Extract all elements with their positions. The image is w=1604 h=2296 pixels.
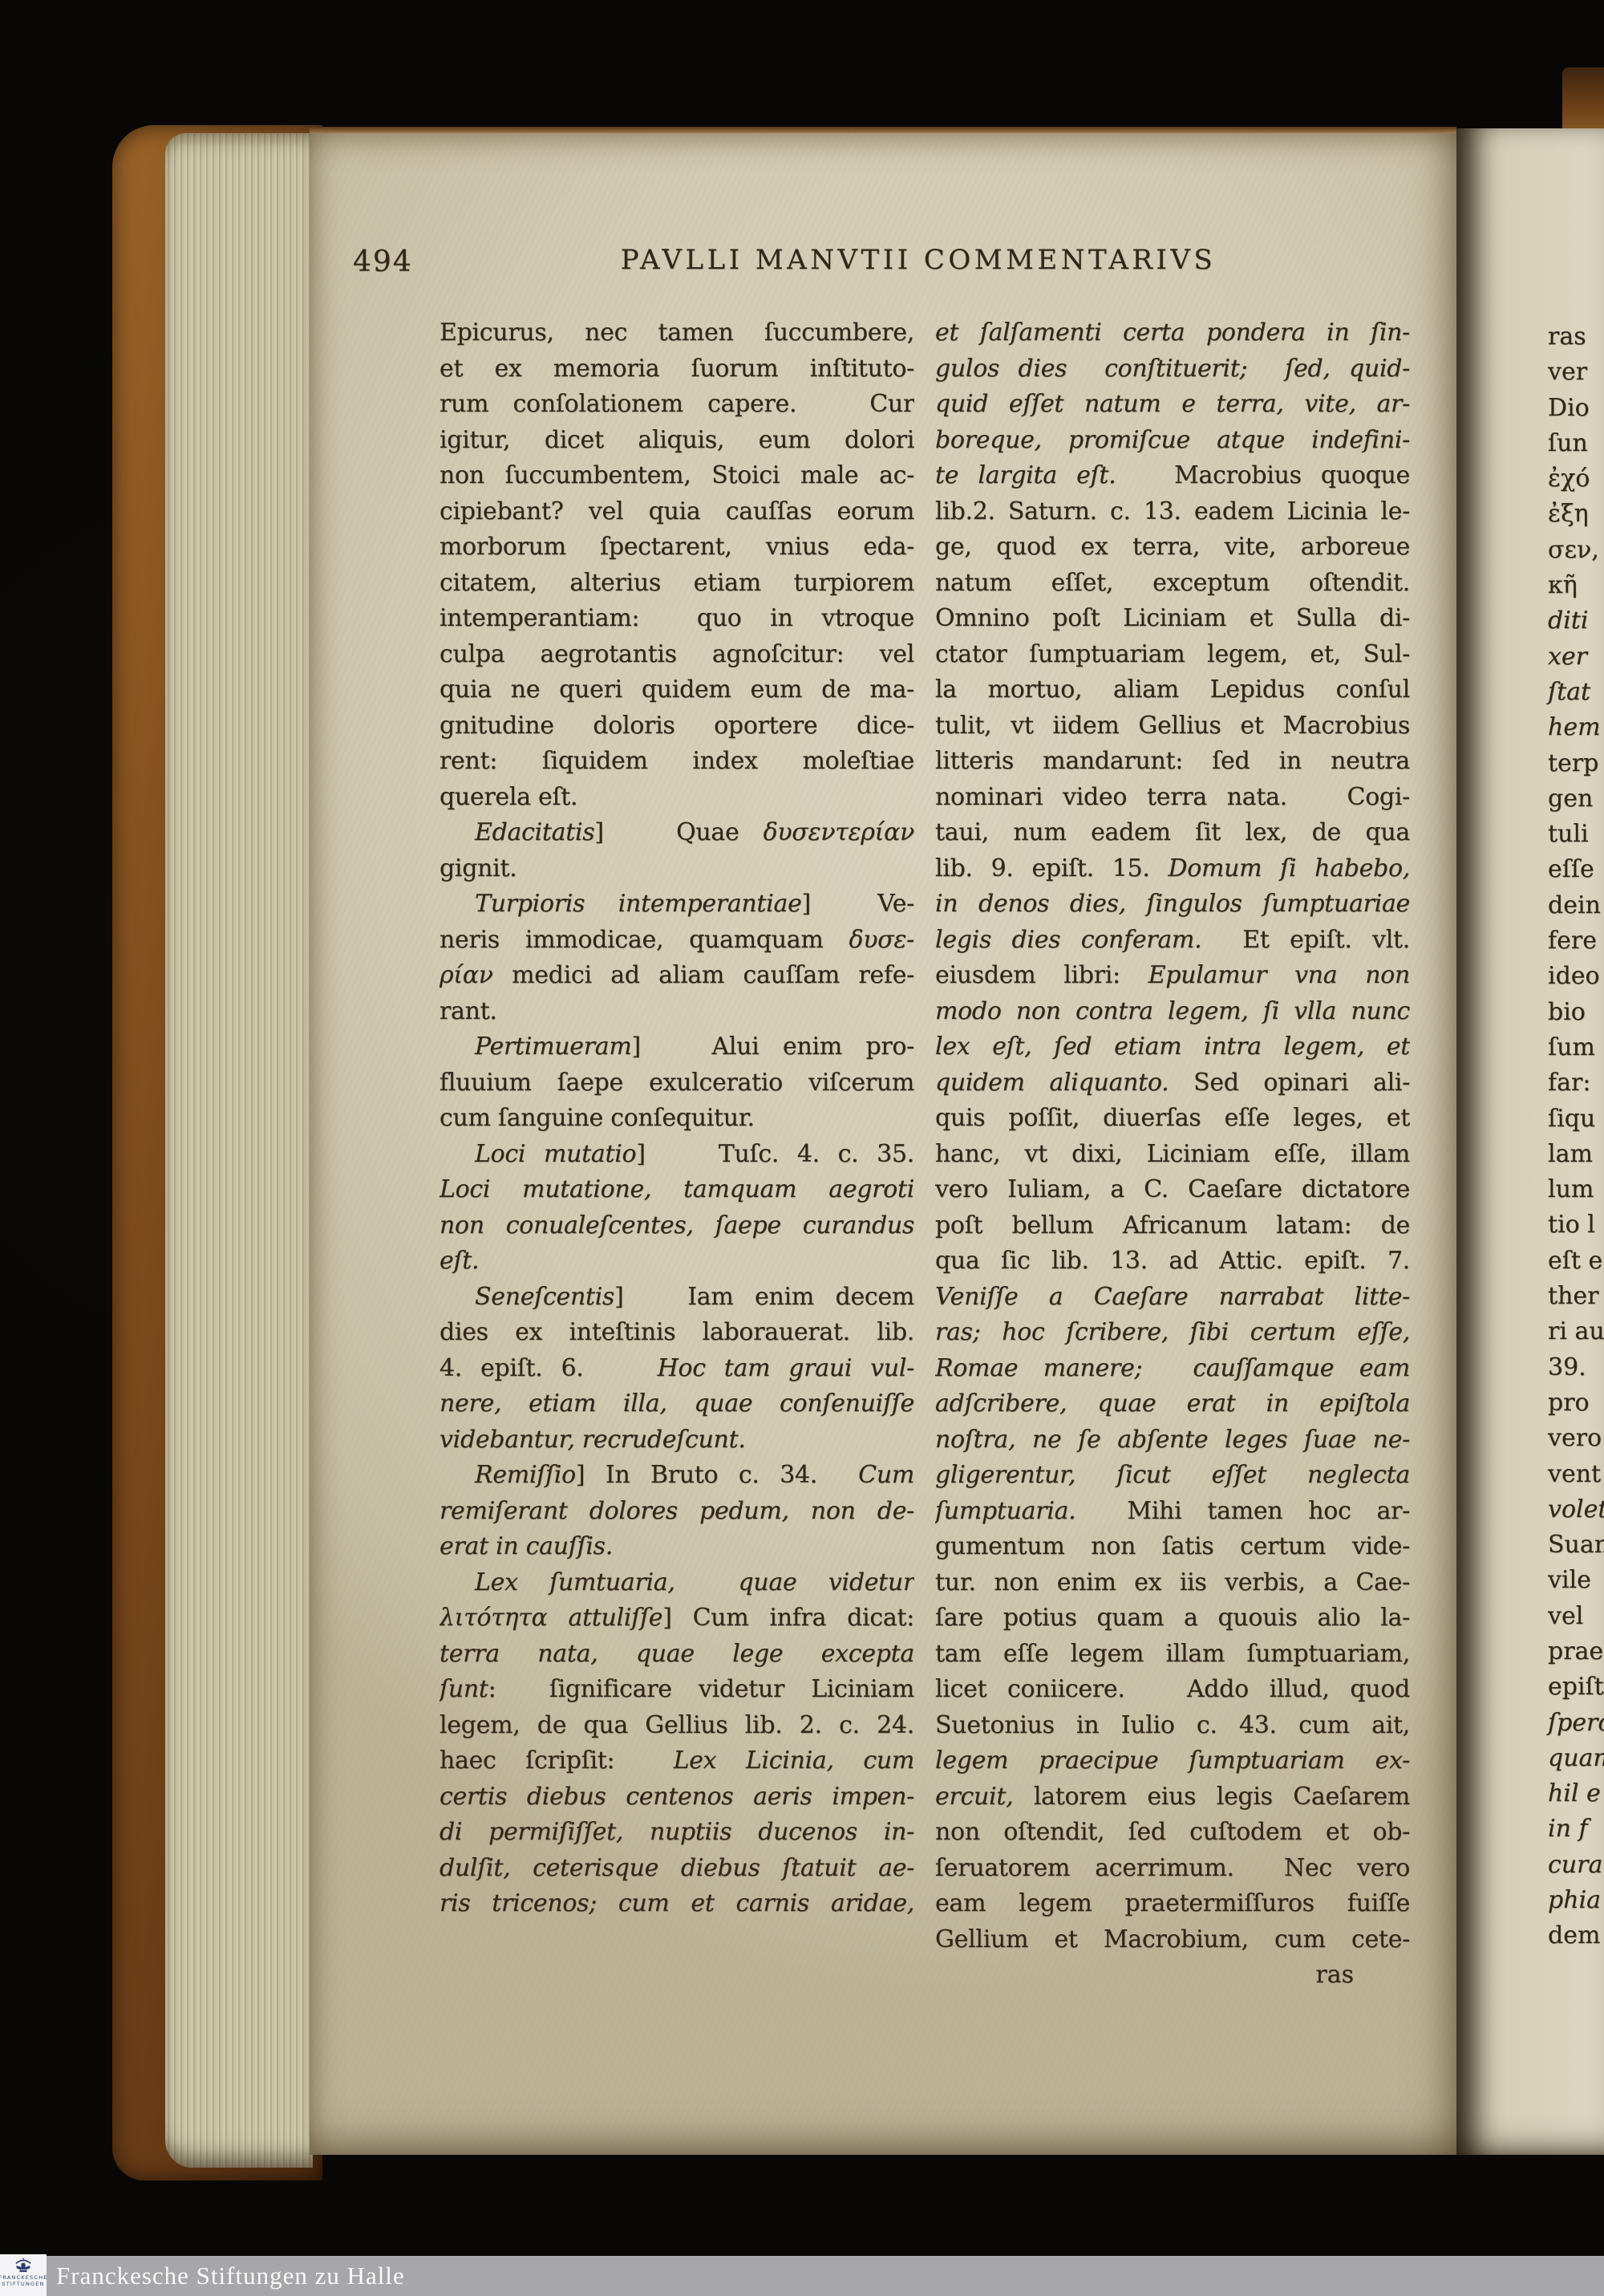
text-segment: morborum ſpectarent, vnius eda- (439, 533, 914, 561)
text-segment: cum ſanguine conſequitur. (439, 1104, 755, 1132)
text-line: culpa aegrotantis agnoſcitur: vel (439, 637, 914, 673)
text-segment: ] Ve- (802, 890, 914, 918)
text-segment: di permiſiſſet, nuptiis ducenos in- (439, 1818, 914, 1846)
text-segment: Cum (858, 1461, 914, 1489)
text-segment: igitur, dicet aliquis, eum dolori (439, 426, 914, 454)
text-line: non oſtendit, ſed cuſtodem et ob- (935, 1815, 1410, 1851)
text-line: nominari video terra nata. Cogi- (935, 780, 1410, 816)
text-line: rant. (439, 994, 914, 1030)
text-segment: tulit, vt iidem Gellius et Macrobius (935, 712, 1410, 740)
viewer-footer-bar: Franckesche Stiftungen zu Halle FRANCKES… (0, 2256, 1604, 2296)
facing-page-line-fragment: ſun (1548, 426, 1604, 461)
text-segment: quid eſſet natum e terra, vite, ar- (935, 390, 1410, 418)
text-segment: ris tricenos; cum et carnis aridae, (439, 1889, 914, 1917)
facing-page-line-fragment: vent (1548, 1457, 1604, 1492)
text-segment: gligerentur, ſicut eſſet neglecta (935, 1461, 1410, 1489)
facing-page-line-fragment: ri au (1548, 1314, 1604, 1349)
text-line: gnitudine doloris oportere dice- (439, 708, 914, 744)
facing-page-line-fragment: hil e (1548, 1776, 1604, 1811)
text-line: boreque, promiſcue atque indefini- (935, 423, 1410, 459)
logo-text-line2: STIFTUNGEN (2, 2281, 44, 2287)
text-segment: lib.2. Saturn. c. 13. eadem Licinia le- (935, 497, 1410, 525)
text-segment: non conualeſcentes, ſaepe curandus (439, 1211, 914, 1239)
text-line: Seneſcentis] Iam enim decem (439, 1280, 914, 1316)
text-segment: ras; hoc ſcribere, ſibi certum eſſe, (935, 1318, 1410, 1346)
text-line: ρίαν medici ad aliam cauſſam refe- (439, 958, 914, 994)
text-line: Loci mutatio] Tuſc. 4. c. 35. (439, 1137, 914, 1173)
text-line: hanc, vt dixi, Liciniam eſſe, illam (935, 1137, 1410, 1173)
text-line: poſt bellum Africanum latam: de (935, 1208, 1410, 1244)
text-segment: Lex Licinia, cum (674, 1746, 914, 1775)
text-segment: ſunt (439, 1675, 488, 1703)
facing-page-line-fragment: Dio (1548, 391, 1604, 426)
text-segment: Remiſſio (475, 1461, 576, 1489)
text-segment: Lex ſumtuaria, quae videtur (475, 1568, 914, 1596)
institution-name: Franckesche Stiftungen zu Halle (56, 2256, 405, 2296)
text-column-right: et ſalſamenti certa pondera in ſin-gulos… (935, 315, 1410, 1957)
text-segment: δυσε- (849, 926, 914, 954)
text-line: te largita eſt. Macrobius quoque (935, 458, 1410, 494)
text-line: adſcribere, quae erat in epiſtola (935, 1386, 1410, 1422)
text-line: λιτότητα attuliſſe] Cum infra dicat: (439, 1600, 914, 1637)
text-line: haec ſcripſit: Lex Licinia, cum (439, 1743, 914, 1779)
text-line: Suetonius in Iulio c. 43. cum ait, (935, 1708, 1410, 1744)
text-segment: videbantur, recrudeſcunt. (439, 1426, 746, 1454)
text-line: ctator ſumptuariam legem, et, Sul- (935, 637, 1410, 673)
text-line: tur. non enim ex iis verbis, a Cae- (935, 1565, 1410, 1601)
text-line: intemperantiam: quo in vtroque (439, 601, 914, 637)
facing-page-line-fragment: ἐξη (1548, 497, 1604, 532)
text-line: tam eſſe legem illam ſumptuariam, (935, 1637, 1410, 1673)
facing-page-line-fragment: tio l (1548, 1207, 1604, 1243)
franckesche-emblem-icon (13, 2257, 34, 2274)
text-segment: Et epiſt. vlt. (1201, 926, 1410, 954)
facing-page-line-fragment: κῆ (1548, 568, 1604, 603)
text-segment: haec ſcripſit: (439, 1746, 674, 1775)
text-segment: Edacitatis (475, 818, 594, 846)
text-segment: ſare potius quam a quouis alio la- (935, 1604, 1410, 1632)
text-segment: qua ſic lib. 13. ad Attic. epiſt. 7. (935, 1247, 1410, 1275)
facing-page-line-fragment: bio (1548, 995, 1604, 1030)
facing-page-line-fragment: 39. (1548, 1350, 1604, 1385)
text-line: ris tricenos; cum et carnis aridae, (439, 1886, 914, 1922)
text-segment: dulſit, ceterisque diebus ſtatuit ae- (439, 1854, 914, 1882)
text-segment: Epicurus, nec tamen ſuccumbere, (439, 318, 914, 347)
text-line: di permiſiſſet, nuptiis ducenos in- (439, 1815, 914, 1851)
text-line: litteris mandarunt: ſed in neutra (935, 744, 1410, 780)
text-segment: ctator ſumptuariam legem, et, Sul- (935, 640, 1410, 668)
text-segment: Domum ſi habebo, (1168, 854, 1410, 882)
text-segment: Macrobius quoque (1116, 461, 1410, 489)
logo-text-line1: FRANCKESCHE (0, 2274, 48, 2281)
text-segment: dies ex inteſtinis laborauerat. lib. (439, 1318, 914, 1346)
text-segment: eſt. (439, 1247, 479, 1275)
text-segment: adſcribere, quae erat in epiſtola (935, 1389, 1410, 1418)
text-segment: remiſerant dolores pedum, non de- (439, 1497, 914, 1525)
text-segment: la mortuo, aliam Lepidus conſul (935, 675, 1410, 704)
text-line: licet coniicere. Addo illud, quod (935, 1672, 1410, 1708)
text-line: et ex memoria ſuorum inſtituto- (439, 351, 914, 387)
text-column-left: Epicurus, nec tamen ſuccumbere,et ex mem… (439, 315, 914, 1922)
text-segment: ] Cum infra dicat: (662, 1604, 914, 1632)
text-segment: ] Iam enim decem (614, 1283, 914, 1311)
text-segment: gumentum non ſatis certum vide- (935, 1532, 1410, 1560)
facing-page-line-fragment: pro (1548, 1385, 1604, 1421)
text-line: fluuium ſaepe exulceratio viſcerum (439, 1065, 914, 1101)
text-segment: non ſuccumbentem, Stoici male ac- (439, 461, 914, 489)
facing-page-line-fragment: volet (1548, 1492, 1604, 1527)
text-line: gumentum non ſatis certum vide- (935, 1529, 1410, 1565)
text-segment: δυσεντερίαν (764, 818, 914, 846)
facing-page-line-fragment: tuli (1548, 817, 1604, 852)
text-segment: rum conſolationem capere. Cur (439, 390, 914, 418)
text-segment: Veniſſe a Caeſare narrabat litte- (935, 1283, 1410, 1311)
text-segment: latorem eius legis Caeſarem (1013, 1783, 1410, 1811)
text-segment: ge, quod ex terra, vite, arboreue (935, 533, 1410, 561)
text-line: modo non contra legem, ſi vlla nunc (935, 994, 1410, 1030)
facing-page-line-fragment: vel (1548, 1599, 1604, 1634)
text-segment: quidem aliquanto. (935, 1069, 1169, 1097)
text-segment: erat in cauſſis. (439, 1532, 613, 1560)
text-line: gligerentur, ſicut eſſet neglecta (935, 1458, 1410, 1494)
facing-page-line-fragment: Suan (1548, 1527, 1604, 1563)
text-segment: legem praecipue ſumptuariam ex- (935, 1746, 1410, 1775)
text-segment: eiusdem libri: (935, 961, 1148, 989)
text-line: 4. epiſt. 6. Hoc tam graui vul- (439, 1351, 914, 1387)
text-line: ſeruatorem acerrimum. Nec vero (935, 1851, 1410, 1887)
text-segment: Loci mutatio (475, 1140, 636, 1168)
text-line: non conualeſcentes, ſaepe curandus (439, 1208, 914, 1244)
facing-page-line-fragment: lum (1548, 1172, 1604, 1207)
facing-page-line-fragment: vile (1548, 1563, 1604, 1598)
institution-logo: FRANCKESCHE STIFTUNGEN (0, 2254, 47, 2296)
text-line: lib.2. Saturn. c. 13. eadem Licinia le- (935, 494, 1410, 530)
facing-page-line-fragment: terp (1548, 746, 1604, 781)
facing-page-line-fragment: in f (1548, 1811, 1604, 1847)
text-segment: taui, num eadem ſit lex, de qua (935, 818, 1410, 846)
text-line: igitur, dicet aliquis, eum dolori (439, 423, 914, 459)
text-line: Lex ſumtuaria, quae videtur (439, 1565, 914, 1601)
text-segment: terra nata, quae lege excepta (439, 1640, 914, 1668)
text-line: Omnino poſt Liciniam et Sulla di- (935, 601, 1410, 637)
facing-page-line-fragment: far: (1548, 1065, 1604, 1101)
facing-page-line-fragment: ſtat (1548, 675, 1604, 710)
text-segment: litteris mandarunt: ſed in neutra (935, 747, 1410, 775)
page-number: 494 (353, 245, 413, 278)
facing-page-line-fragment: ἐχό (1548, 461, 1604, 497)
text-segment: nere, etiam illa, quae conſenuiſſe (439, 1389, 914, 1418)
text-line: non ſuccumbentem, Stoici male ac- (439, 458, 914, 494)
text-segment: gignit. (439, 854, 516, 882)
text-segment: Hoc tam graui vul- (658, 1354, 914, 1382)
text-segment: ] Alui enim pro- (631, 1032, 914, 1061)
text-segment: boreque, promiſcue atque indefini- (935, 426, 1410, 454)
text-segment: eam legem praetermiſſuros fuiſſe (935, 1889, 1410, 1917)
text-segment: hanc, vt dixi, Liciniam eſſe, illam (935, 1140, 1410, 1168)
text-line: ercuit, latorem eius legis Caeſarem (935, 1779, 1410, 1815)
text-segment: nominari video terra nata. Cogi- (935, 783, 1410, 811)
text-line: cipiebant? vel quia cauſſas eorum (439, 494, 914, 530)
facing-page-line-fragment: ſum (1548, 1030, 1604, 1065)
text-segment: Mihi tamen hoc ar- (1075, 1497, 1410, 1525)
text-segment: querela eſt. (439, 783, 577, 811)
text-segment: : ſignificare videtur Liciniam (488, 1675, 914, 1703)
text-line: rum conſolationem capere. Cur (439, 387, 914, 423)
text-line: quidem aliquanto. Sed opinari ali- (935, 1065, 1410, 1101)
text-line: videbantur, recrudeſcunt. (439, 1422, 914, 1458)
text-segment: ] In Bruto c. 34. (576, 1461, 858, 1489)
text-line: Pertimueram] Alui enim pro- (439, 1029, 914, 1065)
text-segment: Omnino poſt Liciniam et Sulla di- (935, 604, 1410, 632)
facing-page-line-fragment: quam (1548, 1741, 1604, 1776)
text-line: eiusdem libri: Epulamur vna non (935, 958, 1410, 994)
text-line: legem, de qua Gellius lib. 2. c. 24. (439, 1708, 914, 1744)
text-line: natum eſſet, exceptum oſtendit. (935, 566, 1410, 602)
text-line: rent: ſiquidem index moleſtiae (439, 744, 914, 780)
text-segment: quia ne queri quidem eum de ma- (439, 675, 914, 704)
facing-page-line-fragment: gen (1548, 781, 1604, 817)
text-line: quia ne queri quidem eum de ma- (439, 672, 914, 708)
text-line: dulſit, ceterisque diebus ſtatuit ae- (439, 1851, 914, 1887)
text-segment: λιτότητα attuliſſe (439, 1604, 662, 1632)
facing-page-line-fragment: lam (1548, 1137, 1604, 1172)
text-segment: Turpioris intemperantiae (475, 890, 802, 918)
text-segment: ercuit, (935, 1783, 1013, 1811)
text-segment: Pertimueram (475, 1032, 631, 1061)
text-segment: ] Quae (594, 818, 763, 846)
facing-page-line-fragment: cura (1548, 1848, 1604, 1883)
text-line: Epicurus, nec tamen ſuccumbere, (439, 315, 914, 351)
text-line: legis dies conferam. Et epiſt. vlt. (935, 923, 1410, 959)
text-segment: gnitudine doloris oportere dice- (439, 712, 914, 740)
text-segment: noſtra, ne ſe abſente leges ſuae ne- (935, 1426, 1410, 1454)
text-line: Loci mutatione, tamquam aegroti (439, 1172, 914, 1208)
text-line: Turpioris intemperantiae] Ve- (439, 886, 914, 923)
text-line: Gellium et Macrobium, cum cete- (935, 1922, 1410, 1958)
text-line: lex eſt, ſed etiam intra legem, et (935, 1029, 1410, 1065)
text-segment: Gellium et Macrobium, cum cete- (935, 1925, 1410, 1953)
text-line: legem praecipue ſumptuariam ex- (935, 1743, 1410, 1779)
facing-page-line-fragment: diti (1548, 603, 1604, 639)
text-segment: Seneſcentis (475, 1283, 614, 1311)
facing-page-line-fragment: epiſt (1548, 1669, 1604, 1705)
facing-page-line-fragment: fere (1548, 923, 1604, 959)
text-line: ge, quod ex terra, vite, arboreue (935, 529, 1410, 566)
text-line: citatem, alterius etiam turpiorem (439, 566, 914, 602)
text-line: quid eſſet natum e terra, vite, ar- (935, 387, 1410, 423)
facing-page-line-fragment: xer (1548, 639, 1604, 675)
text-line: ſare potius quam a quouis alio la- (935, 1600, 1410, 1637)
text-segment: vero Iuliam, a C. Caeſare dictatore (935, 1175, 1410, 1203)
text-segment: ſeruatorem acerrimum. Nec vero (935, 1854, 1410, 1882)
text-line: terra nata, quae lege excepta (439, 1637, 914, 1673)
text-line: querela eſt. (439, 780, 914, 816)
text-segment: rent: ſiquidem index moleſtiae (439, 747, 914, 775)
text-segment: legem, de qua Gellius lib. 2. c. 24. (439, 1711, 914, 1739)
catchword: ras (935, 1957, 1410, 1993)
text-line: eſt. (439, 1243, 914, 1280)
text-segment: intemperantiam: quo in vtroque (439, 604, 914, 632)
text-line: erat in cauſſis. (439, 1529, 914, 1565)
running-header-title: PAVLLI MANVTII COMMENTARIVS (553, 244, 1283, 276)
facing-page-line-fragment: ver (1548, 355, 1604, 390)
text-line: Veniſſe a Caeſare narrabat litte- (935, 1280, 1410, 1316)
text-segment: quis poſſit, diuerſas eſſe leges, et (935, 1104, 1410, 1132)
text-line: Remiſſio] In Bruto c. 34. Cum (439, 1458, 914, 1494)
text-segment: gulos dies conſtituerit; ſed, quid- (935, 355, 1410, 383)
facing-page-line-fragment: ras (1548, 319, 1604, 355)
text-line: taui, num eadem ſit lex, de qua (935, 815, 1410, 851)
text-line: tulit, vt iidem Gellius et Macrobius (935, 708, 1410, 744)
text-segment: ] Tuſc. 4. c. 35. (636, 1140, 914, 1168)
facing-page-line-fragment: dein (1548, 888, 1604, 923)
text-line: gignit. (439, 851, 914, 887)
text-segment: Suetonius in Iulio c. 43. cum ait, (935, 1711, 1410, 1739)
text-segment: tur. non enim ex iis verbis, a Cae- (935, 1568, 1410, 1596)
facing-page-text-fragments: rasverDioſunἐχόἐξησεν,κῆditixerſtathemte… (1548, 319, 1604, 1954)
text-segment: ρίαν (439, 961, 493, 989)
facing-page-line-fragment: ther (1548, 1279, 1604, 1314)
text-segment: poſt bellum Africanum latam: de (935, 1211, 1410, 1239)
text-segment: legis dies conferam. (935, 926, 1201, 954)
text-line: ſumptuaria. Mihi tamen hoc ar- (935, 1494, 1410, 1530)
text-line: Edacitatis] Quae δυσεντερίαν (439, 815, 914, 851)
text-segment: ſumptuaria. (935, 1497, 1075, 1525)
facing-page-corner (1562, 67, 1604, 136)
text-line: remiſerant dolores pedum, non de- (439, 1494, 914, 1530)
text-line: noſtra, ne ſe abſente leges ſuae ne- (935, 1422, 1410, 1458)
text-line: qua ſic lib. 13. ad Attic. epiſt. 7. (935, 1243, 1410, 1280)
text-line: cum ſanguine conſequitur. (439, 1101, 914, 1137)
text-line: quis poſſit, diuerſas eſſe leges, et (935, 1101, 1410, 1137)
text-line: nere, etiam illa, quae conſenuiſſe (439, 1386, 914, 1422)
facing-page-line-fragment: eſſe (1548, 852, 1604, 887)
text-segment: in denos dies, ſingulos ſumptuariae (935, 890, 1410, 918)
text-segment: Epulamur vna non (1148, 961, 1410, 989)
text-segment: modo non contra legem, ſi vlla nunc (935, 997, 1410, 1025)
book-scan-photo: 494 PAVLLI MANVTII COMMENTARIVS Epicurus… (0, 0, 1604, 2296)
text-line: vero Iuliam, a C. Caeſare dictatore (935, 1172, 1410, 1208)
text-segment: citatem, alterius etiam turpiorem (439, 569, 914, 597)
facing-page-line-fragment: ſiqu (1548, 1101, 1604, 1137)
page-fore-edge-stack (165, 133, 313, 2168)
text-segment: lib. 9. epiſt. 15. (935, 854, 1168, 882)
text-segment: et ſalſamenti certa pondera in ſin- (935, 318, 1410, 347)
text-segment: medici ad aliam cauſſam refe- (493, 961, 914, 989)
facing-page-line-fragment: prae (1548, 1634, 1604, 1669)
text-segment: non oſtendit, ſed cuſtodem et ob- (935, 1818, 1410, 1846)
text-segment: Romae manere; cauſſamque eam (935, 1354, 1410, 1382)
facing-page-line-fragment: dem (1548, 1918, 1604, 1953)
text-segment: neris immodicae, quamquam (439, 926, 849, 954)
text-line: ras; hoc ſcribere, ſibi certum eſſe, (935, 1315, 1410, 1351)
text-line: ſunt: ſignificare videtur Liciniam (439, 1672, 914, 1708)
text-segment: certis diebus centenos aeris impen- (439, 1783, 914, 1811)
text-segment: Loci mutatione, tamquam aegroti (439, 1175, 914, 1203)
text-line: neris immodicae, quamquam δυσε- (439, 923, 914, 959)
text-segment: cipiebant? vel quia cauſſas eorum (439, 497, 914, 525)
text-line: et ſalſamenti certa pondera in ſin- (935, 315, 1410, 351)
facing-page-line-fragment: σεν, (1548, 533, 1604, 568)
text-line: morborum ſpectarent, vnius eda- (439, 529, 914, 566)
text-segment: 4. epiſt. 6. (439, 1354, 658, 1382)
text-line: Romae manere; cauſſamque eam (935, 1351, 1410, 1387)
text-segment: rant. (439, 997, 497, 1025)
text-segment: culpa aegrotantis agnoſcitur: vel (439, 640, 914, 668)
text-segment: Sed opinari ali- (1169, 1069, 1410, 1097)
text-segment: fluuium ſaepe exulceratio viſcerum (439, 1069, 914, 1097)
text-line: eam legem praetermiſſuros fuiſſe (935, 1886, 1410, 1922)
text-segment: licet coniicere. Addo illud, quod (935, 1675, 1410, 1703)
text-line: la mortuo, aliam Lepidus conſul (935, 672, 1410, 708)
text-segment: et ex memoria ſuorum inſtituto- (439, 355, 914, 383)
facing-page-line-fragment: ideo (1548, 959, 1604, 994)
text-segment: natum eſſet, exceptum oſtendit. (935, 569, 1410, 597)
facing-page-line-fragment: ſperc (1548, 1706, 1604, 1741)
text-segment: tam eſſe legem illam ſumptuariam, (935, 1640, 1410, 1668)
facing-page-line-fragment: vero (1548, 1421, 1604, 1456)
text-segment: lex eſt, ſed etiam intra legem, et (935, 1032, 1410, 1061)
text-line: certis diebus centenos aeris impen- (439, 1779, 914, 1815)
text-line: gulos dies conſtituerit; ſed, quid- (935, 351, 1410, 387)
text-line: in denos dies, ſingulos ſumptuariae (935, 886, 1410, 923)
facing-page-line-fragment: hem (1548, 710, 1604, 745)
text-line: dies ex inteſtinis laborauerat. lib. (439, 1315, 914, 1351)
facing-page-line-fragment: phia (1548, 1883, 1604, 1918)
facing-page-line-fragment: eſt e (1548, 1243, 1604, 1279)
text-segment: te largita eſt. (935, 461, 1116, 489)
text-line: lib. 9. epiſt. 15. Domum ſi habebo, (935, 851, 1410, 887)
